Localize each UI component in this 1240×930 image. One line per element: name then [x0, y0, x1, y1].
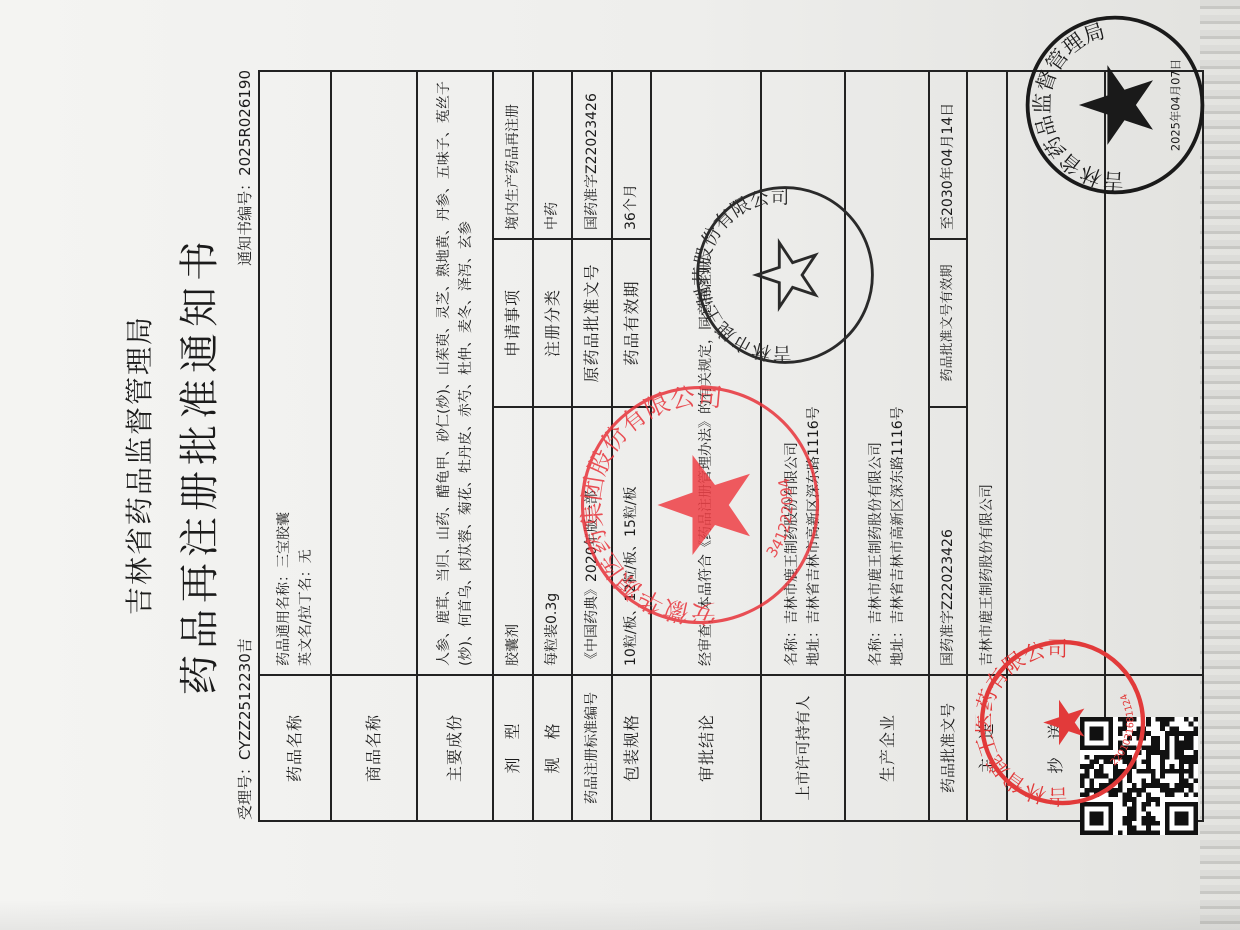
company-seal: 吉林市鹿王制药股份有限公司 [690, 180, 880, 370]
generic-name-label: 药品通用名称： [276, 568, 292, 666]
label-approval-validity: 药品批准文号有效期 [929, 239, 967, 407]
manufacturer-name-label: 名称： [868, 624, 884, 666]
english-name-value: 无 [298, 549, 314, 563]
manufacturer-address-label: 地址： [890, 624, 906, 666]
value-dosage-form: 胶囊剂 [493, 407, 533, 675]
manufacturer-address-value: 吉林省吉林市高新区深东路1116号 [890, 406, 906, 624]
mah-name-label: 名称： [784, 624, 800, 666]
english-name: 英文名/拉丁名：无 [295, 80, 317, 666]
star-icon [1079, 65, 1153, 145]
label-ingredients: 主要成份 [417, 675, 493, 821]
notice-number: 通知书编号：2025R026190 [234, 70, 255, 266]
svg-text:341222094: 341222094 [763, 476, 797, 561]
value-registration-category: 中药 [533, 71, 573, 239]
value-approval-validity: 至2030年04月14日 [929, 71, 967, 239]
svg-text:吉林市鹿王制药股份有限公司: 吉林市鹿王制药股份有限公司 [691, 186, 792, 365]
value-original-approval-number: 国药准字Z22023426 [572, 71, 612, 239]
label-standard-number: 药品注册标准编号 [572, 675, 612, 821]
manufacturer-address: 地址：吉林省吉林市高新区深东路1116号 [887, 80, 909, 666]
label-manufacturer: 生产企业 [845, 675, 929, 821]
row-trade-name: 商品名称 [331, 71, 417, 821]
value-validity: 36个月 [612, 71, 652, 239]
mah-address-label: 地址： [806, 624, 822, 666]
english-name-label: 英文名/拉丁名： [298, 563, 314, 666]
label-packaging: 包装规格 [612, 675, 652, 821]
label-specification: 规 格 [533, 675, 573, 821]
notice-number-value: 2025R026190 [236, 70, 254, 176]
label-approval-number: 药品批准文号 [929, 675, 967, 821]
label-registration-category: 注册分类 [533, 239, 573, 407]
value-application-item: 境内生产药品再注册 [493, 71, 533, 239]
label-dosage-form: 剂 型 [493, 675, 533, 821]
photo-shadow [0, 900, 1240, 930]
star-icon [658, 455, 751, 555]
value-ingredients: 人参、鹿茸、当归、山药、醋龟甲、砂仁(炒)、山茱萸、灵芝、熟地黄、丹参、五味子、… [417, 71, 493, 675]
generic-name: 药品通用名称：三宝胶囊 [273, 80, 295, 666]
acceptance-number-label: 受理号： [236, 760, 254, 820]
label-conclusion: 审批结论 [651, 675, 761, 821]
label-mah: 上市许可持有人 [761, 675, 845, 821]
issuing-agency: 吉林省药品监督管理局 [118, 0, 158, 930]
value-specification: 每粒装0.3g [533, 407, 573, 675]
acceptance-number: 受理号：CYZZ2512230吉 [234, 638, 255, 820]
row-ingredients: 主要成份 人参、鹿茸、当归、山药、醋龟甲、砂仁(炒)、山茱萸、灵芝、熟地黄、丹参… [417, 71, 493, 821]
agency-seal: 吉林省药品监督管理局 2025年04月07日 [1020, 10, 1210, 200]
row-specification: 规 格 每粒装0.3g 注册分类 中药 [533, 71, 573, 821]
generic-name-value: 三宝胶囊 [276, 512, 292, 568]
sales-seal-code: 2201031681124 [1109, 692, 1137, 769]
agency-seal-date: 2025年04月07日 [1169, 59, 1183, 151]
row-drug-name: 药品名称 药品通用名称：三宝胶囊 英文名/拉丁名：无 [259, 71, 331, 821]
manufacturer-name-value: 吉林市鹿王制药股份有限公司 [868, 442, 884, 624]
label-trade-name: 商品名称 [331, 675, 417, 821]
approval-notice-document: 吉林省药品监督管理局 药品再注册批准通知书 受理号：CYZZ2512230吉 通… [0, 0, 1240, 930]
row-approval-number: 药品批准文号 国药准字Z22023426 药品批准文号有效期 至2030年04月… [929, 71, 967, 821]
value-approval-number: 国药准字Z22023426 [929, 407, 967, 675]
value-main-recipient: 吉林市鹿王制药股份有限公司 [967, 71, 1007, 675]
manufacturer-name: 名称：吉林市鹿王制药股份有限公司 [865, 80, 887, 666]
distributor-seal-code: 341222094 [763, 476, 797, 561]
notice-number-label: 通知书编号： [236, 176, 254, 266]
acceptance-number-value: CYZZ2512230吉 [236, 638, 254, 760]
document-title: 药品再注册批准通知书 [168, 0, 225, 930]
value-drug-name: 药品通用名称：三宝胶囊 英文名/拉丁名：无 [259, 71, 331, 675]
label-application-item: 申请事项 [493, 239, 533, 407]
distributor-seal: 安徽华源医药集团股份有限公司 341222094 [575, 380, 825, 630]
value-manufacturer: 名称：吉林市鹿王制药股份有限公司 地址：吉林省吉林市高新区深东路1116号 [845, 71, 929, 675]
company-seal-text: 吉林市鹿王制药股份有限公司 [691, 186, 792, 365]
star-icon [757, 243, 816, 308]
document-meta: 受理号：CYZZ2512230吉 通知书编号：2025R026190 [234, 70, 256, 820]
row-dosage-form: 剂 型 胶囊剂 申请事项 境内生产药品再注册 [493, 71, 533, 821]
value-trade-name [331, 71, 417, 675]
sales-seal: 吉林省鹿王医药有限公司 2201031681124 [975, 635, 1150, 810]
svg-text:2201031681124: 2201031681124 [1109, 692, 1137, 769]
label-drug-name: 药品名称 [259, 675, 331, 821]
star-icon [1043, 700, 1084, 746]
